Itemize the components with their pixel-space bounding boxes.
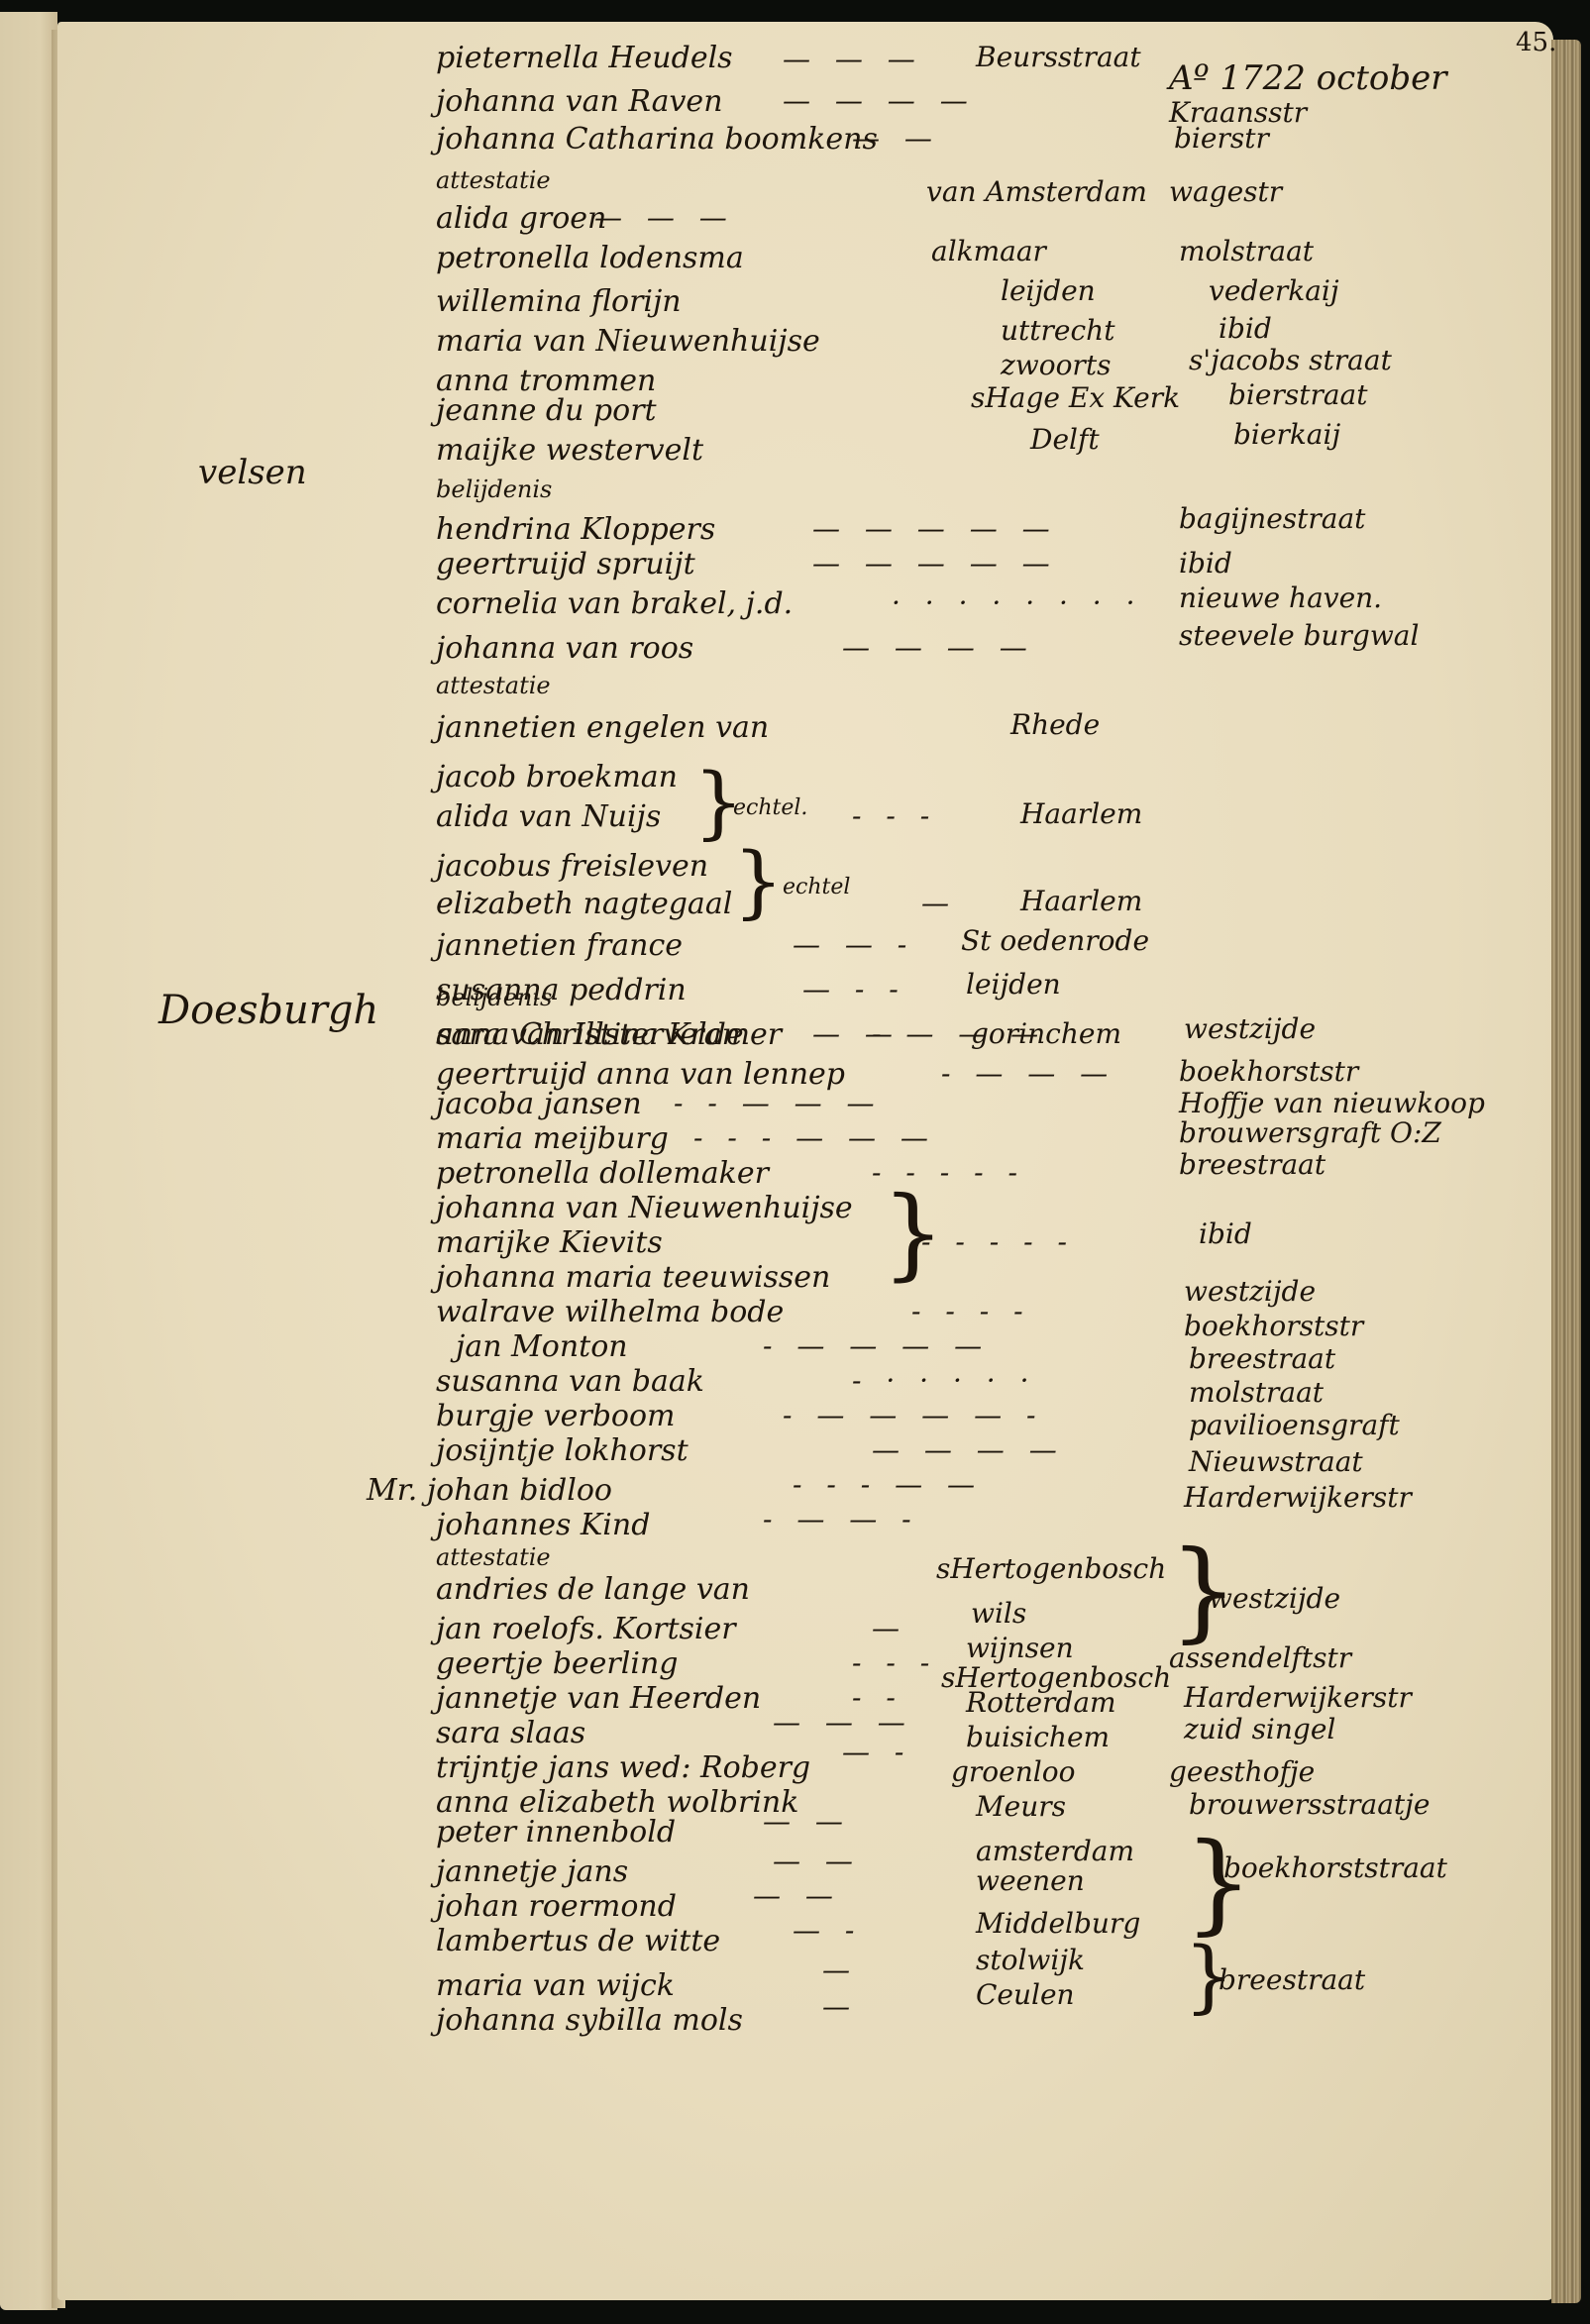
entry-name: marijke Kievits [436, 1228, 663, 1258]
entry-name: maria van Nieuwenhuijse [436, 327, 820, 357]
entry-name: anna elizabeth wolbrink [436, 1788, 798, 1818]
dash-leader: — — — — — [812, 515, 1058, 543]
entry-street: boekhorststr [1184, 1313, 1363, 1340]
entry-street: boekhorststraat [1223, 1854, 1447, 1882]
left-page-edge [0, 12, 57, 2310]
entry-street: Beursstraat [976, 44, 1141, 71]
entry-street: s'jacobs straat [1189, 347, 1392, 374]
entry-place: leijden [1001, 277, 1096, 305]
entry-name: johanna Catharina boomkens [436, 125, 878, 155]
entry-name: hendrina Kloppers [436, 515, 715, 545]
dash-leader: — — [852, 125, 940, 153]
dash-leader: - — — — — - [783, 1402, 1043, 1429]
entry-name: geertruijd anna van lennep [436, 1060, 845, 1090]
entry-street: geesthofje [1169, 1758, 1315, 1786]
entry-street: vederkaij [1209, 277, 1339, 305]
dash-leader: - - - [852, 1649, 937, 1677]
entry-street: wagestr [1169, 178, 1282, 206]
date-heading: Aº 1722 october [1169, 61, 1446, 95]
entry-name: jeanne du port [436, 396, 657, 426]
entry-place: wils [971, 1600, 1026, 1628]
marital-note: echtel [783, 877, 850, 898]
entry-name: johan roermond [436, 1892, 677, 1922]
entry-name: maria meijburg [436, 1124, 669, 1154]
entry-place: van Amsterdam [926, 178, 1147, 206]
entry-place: Meurs [976, 1793, 1066, 1821]
dash-leader: - - — — — [674, 1090, 883, 1117]
page-number: 45. [1516, 30, 1556, 55]
dash-leader: — - [842, 1739, 911, 1766]
entry-place: zwoorts [1001, 352, 1111, 379]
entry-street: bierkaij [1233, 421, 1340, 449]
entry-place: Delft [1030, 426, 1100, 454]
dash-leader: — — — [594, 204, 735, 232]
entry-name: petronella lodensma [436, 244, 744, 273]
entry-street: Harderwijkerstr [1184, 1684, 1412, 1712]
entry-place: leijden [966, 971, 1061, 999]
entry-street: pavilioensgraft [1189, 1412, 1400, 1439]
dash-leader: — — — — — [812, 550, 1058, 578]
dash-leader: - — — - [763, 1506, 919, 1533]
entry-name: jannetien engelen van [436, 713, 769, 743]
dash-leader: — - - [802, 976, 906, 1004]
entry-name: anna Christina Kramer [436, 1020, 782, 1050]
dash-leader: — — - [793, 931, 914, 959]
dash-leader: - - - - - [921, 1228, 1075, 1256]
entry-place: weenen [976, 1867, 1085, 1895]
entry-place: St oedenrode [961, 927, 1149, 955]
entry-street: breestraat [1179, 1151, 1325, 1179]
entry-name: jan Monton [456, 1332, 628, 1362]
entry-place: Haarlem [1020, 800, 1142, 828]
entry-name: willemina florijn [436, 287, 682, 317]
dash-leader: - - - — — — [693, 1124, 936, 1152]
entry-name: petronella dollemaker [436, 1159, 769, 1189]
section-heading: attestatie [436, 1545, 551, 1569]
dash-leader: - — — — — [763, 1332, 990, 1360]
entry-name: andries de lange van [436, 1575, 750, 1605]
entry-name: pieternella Heudels [436, 44, 733, 73]
entry-street: bierstraat [1228, 381, 1367, 409]
entry-name: elizabeth nagtegaal [436, 890, 732, 919]
entry-place: alkmaar [931, 238, 1046, 265]
entry-name: jannetien france [436, 931, 683, 961]
entry-street: Hoffje van nieuwkoop [1179, 1090, 1485, 1117]
dash-leader: — — — — [872, 1436, 1065, 1464]
entry-name: geertje beerling [436, 1649, 678, 1679]
entry-name: cornelia van brakel, j.d. [436, 589, 793, 619]
entry-street: westzijde [1184, 1015, 1316, 1043]
dash-leader: - — — — [872, 1020, 1046, 1048]
entry-place: buisichem [966, 1724, 1110, 1751]
entry-street: boekhorststr [1179, 1058, 1358, 1086]
dash-leader: · · · · · · · · [892, 589, 1143, 617]
entry-name: jacoba jansen [436, 1090, 642, 1119]
entry-street: brouwersgraft O:Z [1179, 1119, 1441, 1147]
entry-name: Mr. johan bidloo [367, 1476, 612, 1506]
entry-name: alida van Nuijs [436, 802, 661, 832]
entry-place: Middelburg [976, 1910, 1140, 1938]
entry-place: Rhede [1010, 711, 1100, 739]
entry-name: peter innenbold [436, 1818, 676, 1848]
entry-name: johanna van Raven [436, 87, 723, 117]
section-heading: belijdenis [436, 986, 552, 1009]
entry-name: maijke westervelt [436, 436, 703, 466]
entry-name: trijntje jans wed: Roberg [436, 1753, 810, 1783]
entry-place: stolwijk [976, 1947, 1085, 1974]
dash-leader: — — — — [783, 87, 976, 115]
dash-leader: — — [763, 1808, 851, 1836]
entry-street: breestraat [1219, 1966, 1365, 1994]
entry-place: amsterdam [976, 1838, 1134, 1865]
entry-street: nieuwe haven. [1179, 584, 1382, 612]
entry-street: brouwersstraatje [1189, 1791, 1430, 1819]
entry-name: johanna van Nieuwenhuijse [436, 1194, 853, 1223]
entry-street: bagijnestraat [1179, 505, 1365, 533]
entry-name: susanna van baak [436, 1367, 704, 1397]
entry-street: molstraat [1189, 1379, 1324, 1407]
margin-label: Doesburgh [159, 991, 378, 1030]
section-heading: attestatie [436, 168, 551, 192]
dash-leader: - — — — [941, 1060, 1115, 1088]
dash-leader: — — [773, 1848, 861, 1875]
entry-name: jan roelofs. Kortsier [436, 1615, 736, 1644]
entry-name: jacob broekman [436, 763, 678, 792]
marital-note: echtel. [733, 797, 807, 819]
entry-street: molstraat [1179, 238, 1314, 265]
dash-leader: — [921, 890, 957, 917]
entry-name: anna trommen [436, 367, 656, 396]
entry-name: sara slaas [436, 1719, 585, 1748]
entry-street: Nieuwstraat [1189, 1448, 1363, 1476]
entry-name: alida groen [436, 204, 606, 234]
dash-leader: — [822, 1956, 858, 1984]
dash-leader: — [822, 1993, 858, 2021]
entry-place: Rotterdam [966, 1689, 1116, 1717]
dash-leader: - - - — — [793, 1471, 983, 1499]
brace: } [733, 842, 784, 921]
dash-leader: - · · · · · [852, 1367, 1036, 1395]
entry-street: ibid [1219, 315, 1272, 343]
entry-place: groenloo [951, 1758, 1075, 1786]
dash-leader: — — — [773, 1709, 913, 1737]
section-heading: belijdenis [436, 477, 552, 501]
entry-place: wijnsen [966, 1635, 1074, 1662]
entry-place: Ceulen [976, 1981, 1075, 2009]
entry-name: johanna maria teeuwissen [436, 1263, 830, 1293]
entry-name: jannetje jans [436, 1857, 628, 1887]
entry-name: jannetje van Heerden [436, 1684, 761, 1714]
entry-name: johanna van roos [436, 634, 693, 664]
entry-street: westzijde [1209, 1585, 1340, 1613]
entry-name: maria van wijck [436, 1971, 675, 2001]
entry-place: uttrecht [1001, 317, 1114, 345]
entry-street: bierstr [1174, 125, 1269, 153]
entry-place: Haarlem [1020, 888, 1142, 915]
entry-street: breestraat [1189, 1345, 1335, 1373]
dash-leader: — - [793, 1917, 862, 1945]
dash-leader: — — — — [842, 634, 1035, 662]
entry-name: burgje verboom [436, 1402, 675, 1431]
dash-leader: - - - [852, 802, 937, 830]
entry-place: sHage Ex Kerk [971, 384, 1180, 412]
dash-leader: — [872, 1615, 907, 1642]
entry-name: geertruijd spruijt [436, 550, 695, 580]
entry-street: zuid singel [1184, 1716, 1335, 1743]
entry-name: johannes Kind [436, 1511, 650, 1540]
entry-name: josijntje lokhorst [436, 1436, 689, 1466]
dash-leader: — — — [783, 46, 923, 73]
entry-street: Harderwijkerstr [1184, 1484, 1412, 1512]
dash-leader: — — [753, 1882, 841, 1910]
entry-street: ibid [1179, 550, 1232, 578]
margin-label: velsen [198, 456, 307, 489]
entry-name: jacobus freisleven [436, 852, 708, 882]
entry-name: johanna sybilla mols [436, 2006, 743, 2036]
page-edges [1551, 40, 1581, 2303]
section-heading: attestatie [436, 674, 551, 697]
entry-place: sHertogenbosch [936, 1555, 1166, 1583]
entry-street: ibid [1199, 1220, 1252, 1248]
entry-name: lambertus de witte [436, 1927, 720, 1956]
dash-leader: - - - - [911, 1298, 1031, 1325]
entry-street: steevele burgwal [1179, 622, 1419, 650]
entry-name: walrave wilhelma bode [436, 1298, 784, 1327]
entry-street: westzijde [1184, 1278, 1316, 1306]
entry-street: assendelftstr [1169, 1644, 1351, 1672]
